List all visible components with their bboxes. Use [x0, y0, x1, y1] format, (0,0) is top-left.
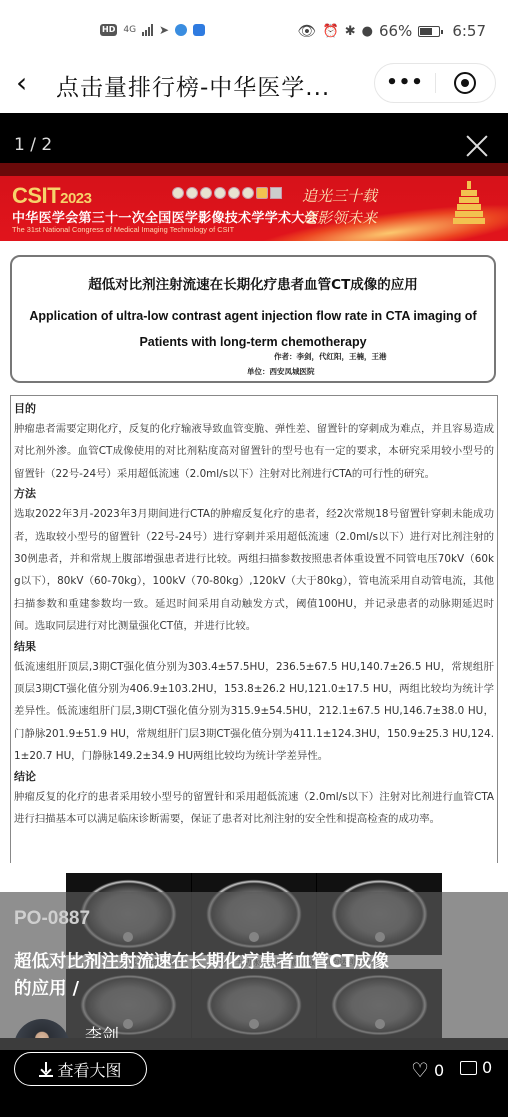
more-dots-icon: •••	[386, 72, 424, 93]
eye-icon: 👁	[297, 22, 316, 40]
browser-icon	[175, 24, 187, 36]
poster-authors: 作者：李剑，代红阳，王楠，王港	[274, 351, 387, 362]
alarm-icon: ⏰	[323, 24, 339, 39]
status-bar: HD 4G ➤ 👁 ⏰ ✱ ● 66% 6:57	[0, 0, 508, 56]
viewer-bottom-bar: 查看大图 ♡ 0 0	[0, 1038, 508, 1117]
telegram-icon: ➤	[159, 23, 169, 37]
page-counter: 1 / 2	[14, 135, 52, 155]
back-button[interactable]: ‹	[16, 66, 40, 102]
section-conclusion: 结论 肿瘤反复的化疗的患者采用较小型号的留置针和采用超低流速（2.0ml/s以下…	[14, 768, 494, 831]
banner-slogan: 追光三十载 逐影领未来	[302, 185, 377, 229]
location-icon: ●	[362, 24, 373, 39]
conference-banner: CSIT2023 中华医学会第三十一次全国医学影像技术学学术大会 The 31s…	[0, 163, 508, 241]
status-right-icons: 👁 ⏰ ✱ ● 66% 6:57	[297, 22, 486, 40]
signal-icon	[142, 24, 153, 36]
download-icon	[39, 1061, 53, 1077]
section-purpose: 目的 肿瘤患者需要定期化疗，反复的化疗输液导致血管变脆、弹性差、留置针的穿刺成为…	[14, 400, 494, 485]
section-methods: 方法 选取2022年3月-2023年3月期间进行CTA的肿瘤反复化疗的患者，经2…	[14, 485, 494, 637]
society-logos	[172, 187, 282, 199]
abstract-box: 目的 肿瘤患者需要定期化疗，反复的化疗输液导致血管变脆、弹性差、留置针的穿刺成为…	[10, 395, 498, 875]
view-large-image-button[interactable]: 查看大图	[14, 1052, 147, 1086]
poster-image[interactable]: CSIT2023 中华医学会第三十一次全国医学影像技术学学术大会 The 31s…	[0, 163, 508, 1038]
close-viewer-button[interactable]	[462, 131, 492, 161]
close-miniprogram-button[interactable]	[436, 72, 495, 94]
battery-percent: 66%	[379, 22, 412, 40]
comment-icon	[460, 1061, 477, 1075]
yellow-crane-tower-icon	[452, 181, 486, 231]
app-icon	[193, 24, 205, 36]
heart-icon: ♡	[411, 1058, 429, 1082]
network-type-icon: 4G	[123, 26, 136, 34]
comment-count: 0	[482, 1058, 492, 1077]
congress-title-en: The 31st National Congress of Medical Im…	[12, 225, 234, 234]
ct-caption-strip	[0, 1038, 508, 1050]
miniprogram-capsule: •••	[374, 63, 496, 103]
poster-unit: 单位：西安凤城医院	[247, 366, 315, 377]
image-viewer: 1 / 2 CSIT2023 中华医学会第三十一次全国医学影像技术学学术大会 T…	[0, 113, 508, 1117]
poster-info-overlay: PO-0887 超低对比剂注射流速在长期化疗患者血管CT成像的应用 / 李剑 西…	[0, 892, 508, 1038]
poster-title-cn: 超低对比剂注射流速在长期化疗患者血管CT成像的应用	[12, 273, 494, 293]
poster-title-en: Application of ultra-low contrast agent …	[12, 303, 494, 355]
congress-title-cn: 中华医学会第三十一次全国医学影像技术学学术大会	[12, 207, 318, 226]
chevron-left-icon: ‹	[16, 66, 27, 99]
csit-logo: CSIT2023	[12, 183, 92, 209]
bluetooth-icon: ✱	[345, 24, 356, 39]
section-results: 结果 低流速组肝顶层,3期CT强化值分别为303.4±57.5HU，236.5±…	[14, 638, 494, 768]
nav-bar: ‹ 点击量排行榜-中华医学... •••	[0, 56, 508, 113]
clock: 6:57	[452, 22, 486, 40]
author-name[interactable]: 李剑	[85, 1021, 119, 1038]
target-circle-icon	[454, 72, 476, 94]
page-title: 点击量排行榜-中华医学...	[56, 69, 330, 102]
like-button[interactable]: ♡ 0	[411, 1058, 444, 1082]
poster-title-link[interactable]: 超低对比剂注射流速在长期化疗患者血管CT成像的应用 /	[14, 949, 394, 1003]
more-button[interactable]: •••	[375, 63, 435, 103]
poster-title-box: 超低对比剂注射流速在长期化疗患者血管CT成像的应用 Application of…	[10, 255, 496, 383]
view-large-label: 查看大图	[57, 1058, 121, 1081]
hd-icon: HD	[100, 24, 117, 36]
poster-id: PO-0887	[14, 908, 90, 930]
status-left-icons: HD 4G ➤	[100, 23, 205, 37]
battery-icon	[418, 26, 440, 37]
like-count: 0	[434, 1061, 444, 1080]
comment-button[interactable]: 0	[460, 1058, 492, 1077]
author-avatar[interactable]	[14, 1019, 70, 1038]
